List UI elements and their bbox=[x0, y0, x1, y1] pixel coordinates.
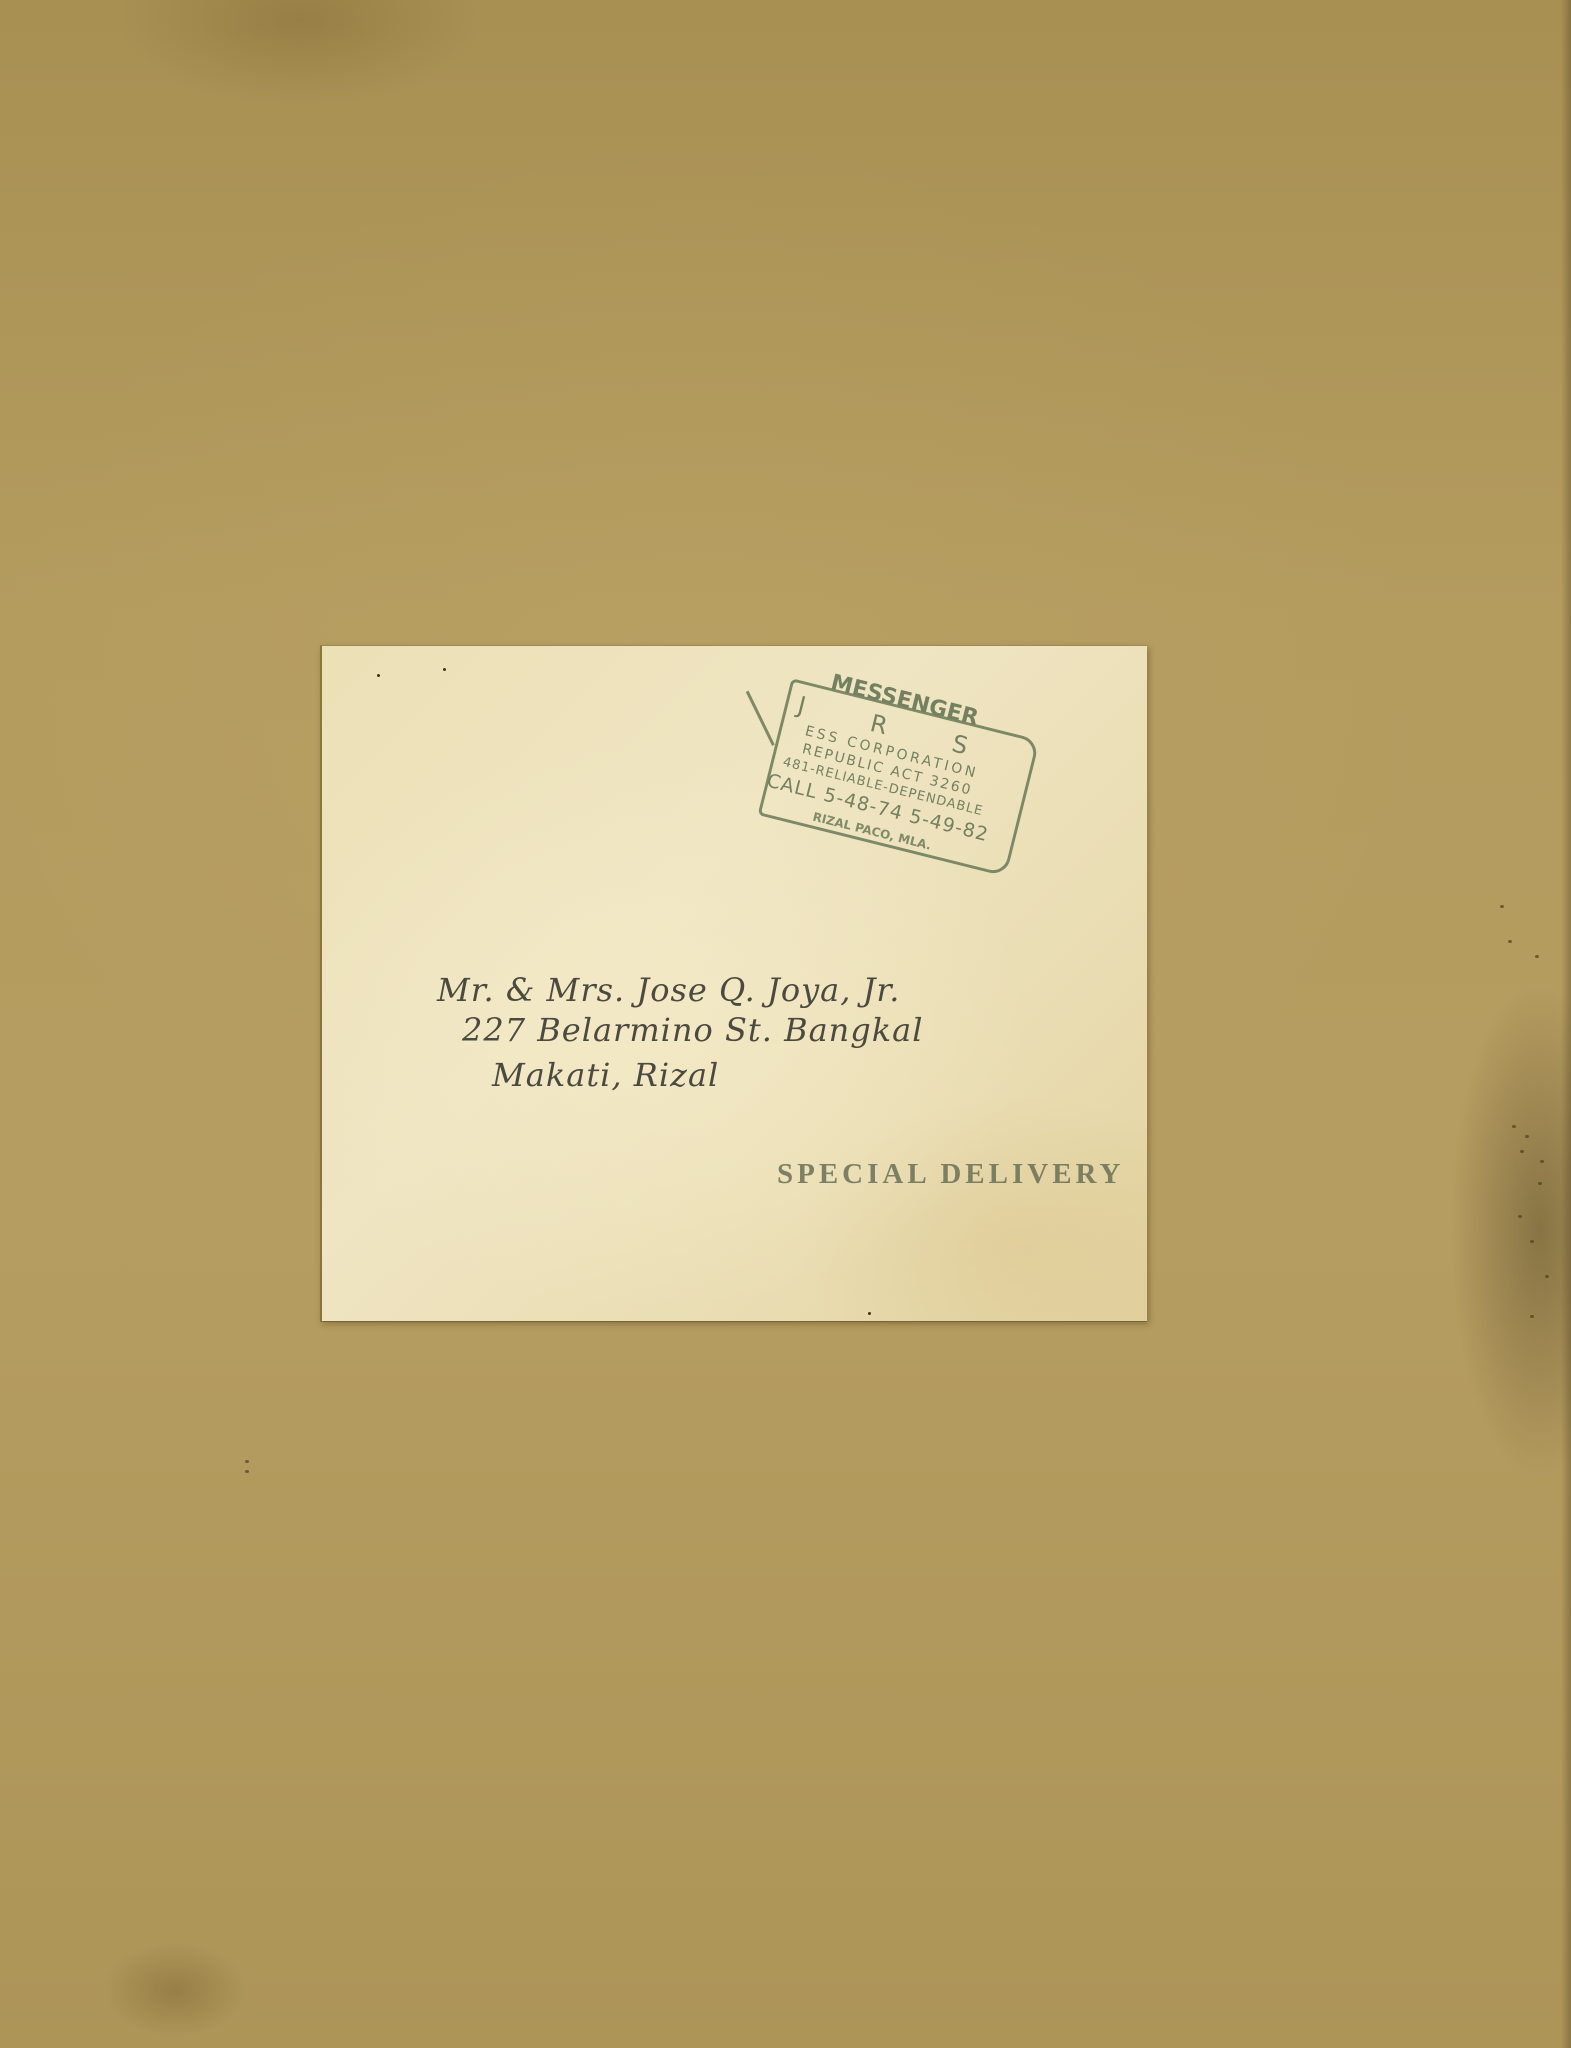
foxing-speck bbox=[1508, 940, 1512, 943]
foxing-speck bbox=[245, 1470, 249, 1473]
special-delivery-stamp: SPECIAL DELIVERY bbox=[777, 1158, 1124, 1191]
foxing-speck bbox=[1530, 1240, 1534, 1243]
envelope-mark bbox=[377, 674, 380, 677]
foxing-speck bbox=[1512, 1125, 1516, 1128]
board-edge-shadow bbox=[1561, 0, 1571, 2048]
recipient-name: Mr. & Mrs. Jose Q. Joya, Jr. bbox=[437, 971, 900, 1009]
foxing-speck bbox=[1518, 1215, 1522, 1218]
foxing-speck bbox=[1500, 905, 1504, 908]
messenger-service-stamp: MESSENGER J R S ESS CORPORATION REPUBLIC… bbox=[726, 653, 1049, 888]
recipient-street: 227 Belarmino St. Bangkal bbox=[462, 1011, 923, 1049]
recipient-city: Makati, Rizal bbox=[492, 1056, 719, 1094]
envelope-mark bbox=[868, 1312, 871, 1315]
foxing-speck bbox=[1520, 1150, 1524, 1153]
foxing-speck bbox=[1530, 1315, 1534, 1318]
envelope-mark bbox=[443, 668, 446, 671]
foxing-speck bbox=[1540, 1160, 1544, 1163]
foxing-speck bbox=[1545, 1275, 1549, 1278]
foxing-speck bbox=[1525, 1135, 1529, 1138]
foxing-speck bbox=[1535, 955, 1539, 958]
envelope: MESSENGER J R S ESS CORPORATION REPUBLIC… bbox=[320, 645, 1147, 1321]
foxing-speck bbox=[245, 1460, 249, 1463]
foxing-speck bbox=[1538, 1182, 1542, 1185]
